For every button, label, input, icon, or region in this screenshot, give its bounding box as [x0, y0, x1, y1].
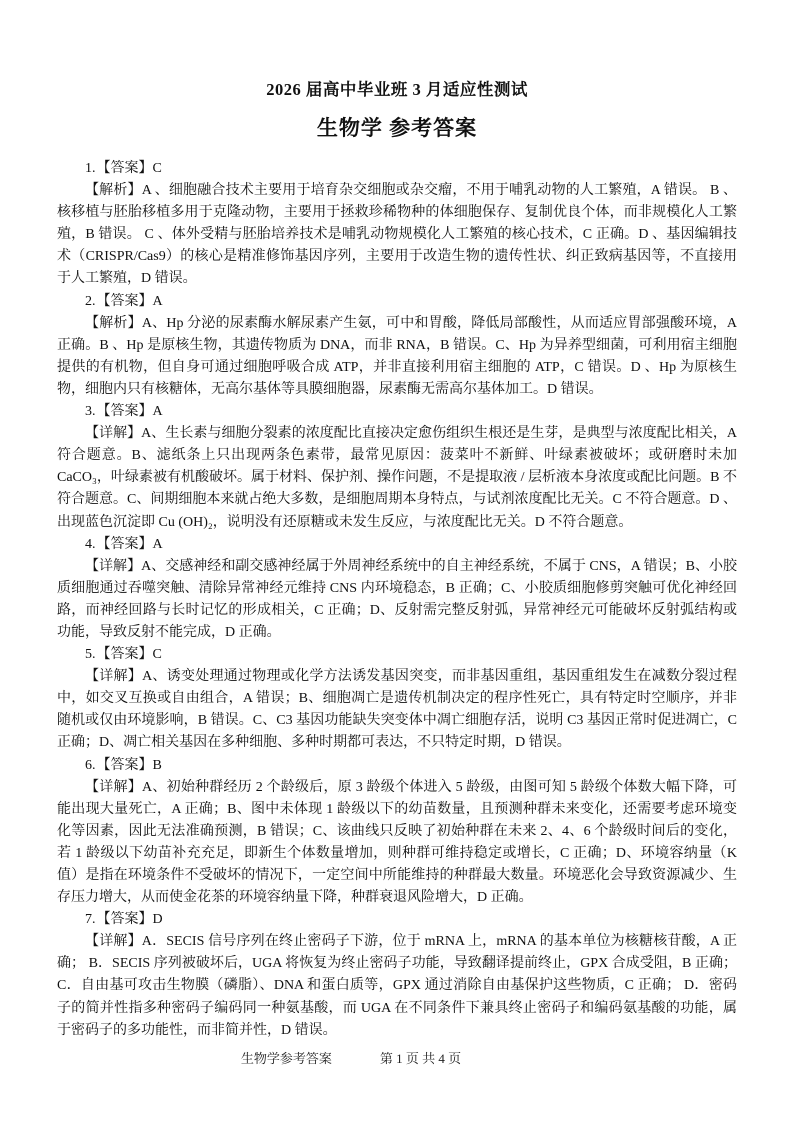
explanation-text: A、诱变处理通过物理或化学方法诱发基因突变，而非基因重组，基因重组发生在减数分裂…: [57, 669, 737, 750]
answer-line: 7.【答案】D: [57, 909, 737, 931]
explanation-text: A、交感神经和副交感神经属于外周神经系统中的自主神经系统，不属于 CNS，A 错…: [57, 559, 737, 640]
question-number: 1.: [85, 161, 96, 176]
question-1: 1.【答案】C 【解析】A 、细胞融合技术主要用于培育杂交细胞或杂交瘤，不用于哺…: [57, 158, 737, 291]
document-subtitle: 生物学 参考答案: [57, 112, 737, 142]
question-number: 3.: [85, 404, 96, 419]
answer-value: C: [153, 161, 162, 176]
answer-value: A: [153, 404, 163, 419]
question-2: 2.【答案】A 【解析】A、Hp 分泌的尿素酶水解尿素产生氨，可中和胃酸，降低局…: [57, 291, 737, 401]
explanation-text: A、生长素与细胞分裂素的浓度配比直接决定愈伤组织生根还是生芽，是典型与浓度配比相…: [57, 426, 737, 529]
answer-value: A: [153, 537, 163, 552]
explanation: 【详解】A、交感神经和副交感神经属于外周神经系统中的自主神经系统，不属于 CNS…: [57, 556, 737, 644]
answer-label: 【答案】: [97, 161, 153, 176]
answer-value: D: [153, 912, 163, 927]
explanation: 【详解】A．SECIS 信号序列在终止密码子下游，位于 mRNA 上，mRNA …: [57, 931, 737, 1041]
page-footer: 生物学参考答案 第 1 页 共 4 页: [0, 1048, 748, 1067]
question-number: 7.: [85, 912, 96, 927]
answer-label: 【答案】: [97, 758, 153, 773]
answer-value: A: [153, 294, 163, 309]
question-7: 7.【答案】D 【详解】A．SECIS 信号序列在终止密码子下游，位于 mRNA…: [57, 909, 737, 1042]
explanation-label: 【详解】: [85, 934, 142, 949]
answer-line: 4.【答案】A: [57, 534, 737, 556]
answer-label: 【答案】: [97, 912, 153, 927]
answer-value: B: [153, 758, 162, 773]
question-number: 6.: [85, 758, 96, 773]
explanation-label: 【详解】: [85, 669, 142, 684]
explanation-text: A 、细胞融合技术主要用于培育杂交细胞或杂交瘤，不用于哺乳动物的人工繁殖，A 错…: [57, 183, 737, 286]
question-6: 6.【答案】B 【详解】A、初始种群经历 2 个龄级后，原 3 龄级个体进入 5…: [57, 755, 737, 910]
answer-line: 1.【答案】C: [57, 158, 737, 180]
explanation: 【解析】A、Hp 分泌的尿素酶水解尿素产生氨，可中和胃酸，降低局部酸性，从而适应…: [57, 313, 737, 401]
answer-line: 2.【答案】A: [57, 291, 737, 313]
answer-line: 5.【答案】C: [57, 644, 737, 666]
explanation-label: 【详解】: [85, 559, 141, 574]
question-3: 3.【答案】A 【详解】A、生长素与细胞分裂素的浓度配比直接决定愈伤组织生根还是…: [57, 401, 737, 534]
answers-body: 1.【答案】C 【解析】A 、细胞融合技术主要用于培育杂交细胞或杂交瘤，不用于哺…: [57, 158, 737, 1042]
answer-value: C: [153, 647, 162, 662]
footer-doc-label: 生物学参考答案: [241, 1048, 332, 1067]
explanation-label: 【详解】: [85, 780, 142, 795]
explanation-text: A、初始种群经历 2 个龄级后，原 3 龄级个体进入 5 龄级，由图可知 5 龄…: [57, 780, 737, 905]
footer-page-number: 第 1 页 共 4 页: [380, 1048, 461, 1067]
explanation-label: 【解析】: [85, 316, 142, 331]
explanation: 【解析】A 、细胞融合技术主要用于培育杂交细胞或杂交瘤，不用于哺乳动物的人工繁殖…: [57, 180, 737, 290]
question-number: 2.: [85, 294, 96, 309]
answer-line: 6.【答案】B: [57, 755, 737, 777]
question-number: 4.: [85, 537, 96, 552]
document-title: 2026 届高中毕业班 3 月适应性测试: [57, 76, 737, 100]
question-5: 5.【答案】C 【详解】A、诱变处理通过物理或化学方法诱发基因突变，而非基因重组…: [57, 644, 737, 754]
answer-label: 【答案】: [97, 647, 153, 662]
question-number: 5.: [85, 647, 96, 662]
explanation: 【详解】A、初始种群经历 2 个龄级后，原 3 龄级个体进入 5 龄级，由图可知…: [57, 777, 737, 910]
explanation-label: 【解析】: [85, 183, 142, 198]
explanation-text: A．SECIS 信号序列在终止密码子下游，位于 mRNA 上，mRNA 的基本单…: [57, 934, 737, 1037]
document-page: 2026 届高中毕业班 3 月适应性测试 生物学 参考答案 1.【答案】C 【解…: [0, 0, 794, 1042]
answer-label: 【答案】: [97, 294, 153, 309]
answer-line: 3.【答案】A: [57, 401, 737, 423]
answer-label: 【答案】: [97, 537, 153, 552]
explanation-text: A、Hp 分泌的尿素酶水解尿素产生氨，可中和胃酸，降低局部酸性，从而适应胃部强酸…: [57, 316, 737, 397]
explanation: 【详解】A、诱变处理通过物理或化学方法诱发基因突变，而非基因重组，基因重组发生在…: [57, 666, 737, 754]
explanation-label: 【详解】: [85, 426, 141, 441]
explanation: 【详解】A、生长素与细胞分裂素的浓度配比直接决定愈伤组织生根还是生芽，是典型与浓…: [57, 423, 737, 533]
answer-label: 【答案】: [97, 404, 153, 419]
question-4: 4.【答案】A 【详解】A、交感神经和副交感神经属于外周神经系统中的自主神经系统…: [57, 534, 737, 644]
